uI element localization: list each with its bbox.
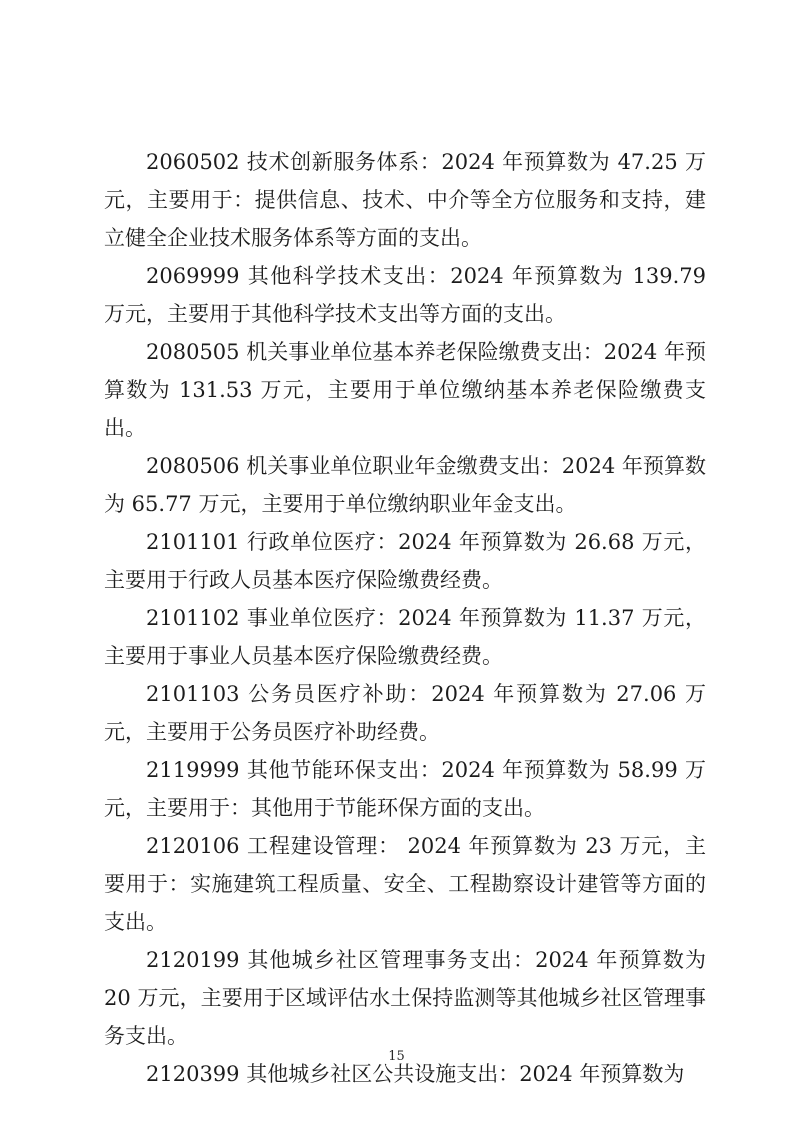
page-number: 15 — [0, 1049, 793, 1064]
budget-item-paragraph: 2080506 机关事业单位职业年金缴费支出：2024 年预算数为 65.77 … — [104, 447, 706, 523]
budget-item-paragraph: 2080505 机关事业单位基本养老保险缴费支出：2024 年预算数为 131.… — [104, 333, 706, 447]
budget-item-paragraph: 2069999 其他科学技术支出：2024 年预算数为 139.79 万元，主要… — [104, 257, 706, 333]
budget-item-paragraph: 2101102 事业单位医疗：2024 年预算数为 11.37 万元，主要用于事… — [104, 599, 706, 675]
budget-item-paragraph: 2060502 技术创新服务体系：2024 年预算数为 47.25 万元，主要用… — [104, 143, 706, 257]
budget-item-paragraph: 2101101 行政单位医疗：2024 年预算数为 26.68 万元，主要用于行… — [104, 523, 706, 599]
budget-item-paragraph: 2120106 工程建设管理： 2024 年预算数为 23 万元，主要用于：实施… — [104, 827, 706, 941]
budget-item-paragraph: 2119999 其他节能环保支出：2024 年预算数为 58.99 万元，主要用… — [104, 751, 706, 827]
document-body: 2060502 技术创新服务体系：2024 年预算数为 47.25 万元，主要用… — [104, 143, 706, 1093]
budget-item-paragraph: 2101103 公务员医疗补助：2024 年预算数为 27.06 万元，主要用于… — [104, 675, 706, 751]
budget-item-paragraph: 2120199 其他城乡社区管理事务支出：2024 年预算数为 20 万元，主要… — [104, 941, 706, 1055]
document-page: 2060502 技术创新服务体系：2024 年预算数为 47.25 万元，主要用… — [0, 0, 793, 1122]
